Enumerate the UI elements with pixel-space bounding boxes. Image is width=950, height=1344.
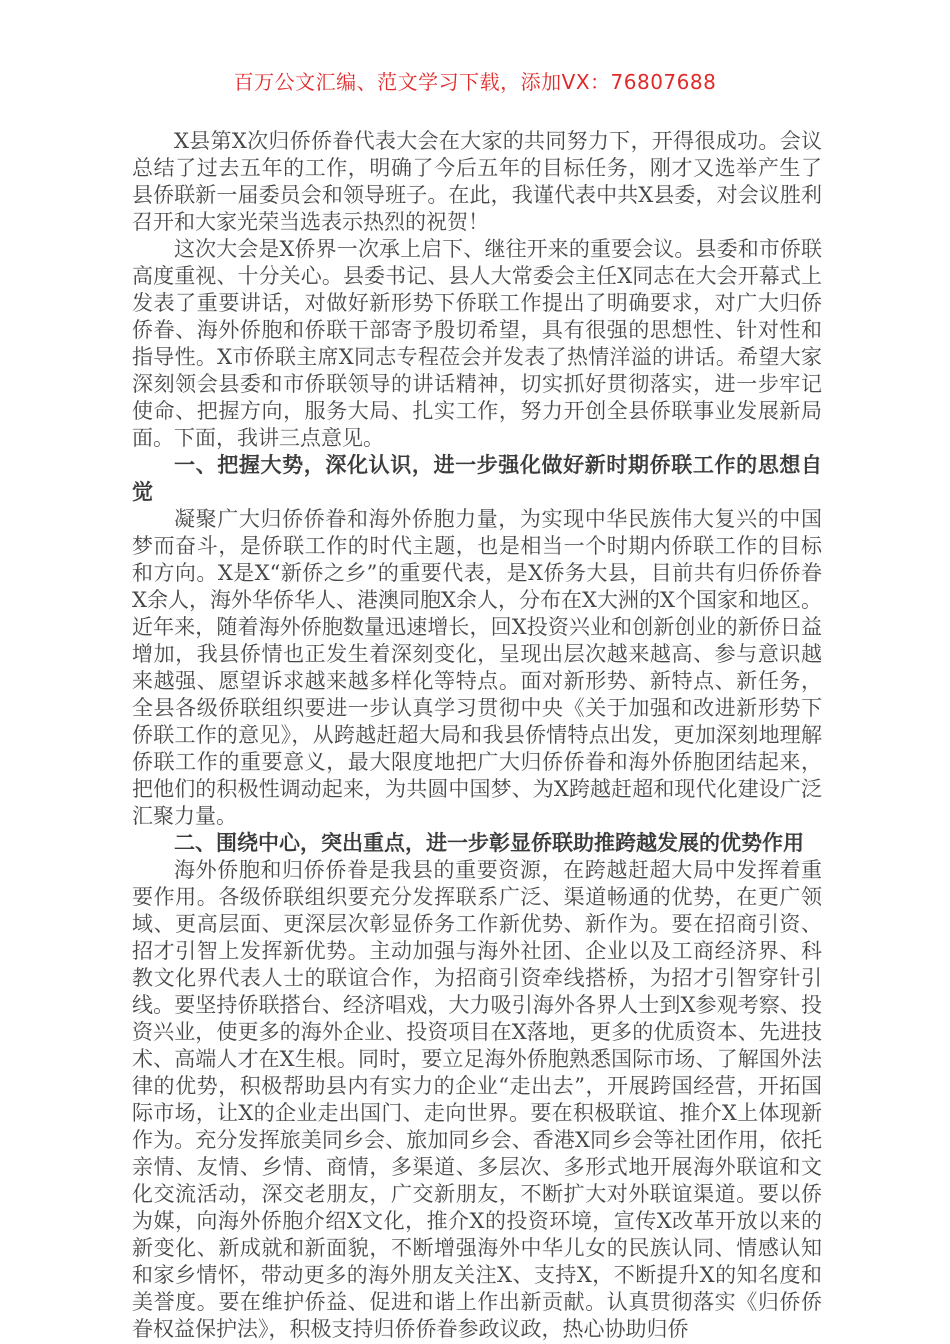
section-heading-2: 二、围绕中心，突出重点，进一步彰显侨联助推跨越发展的优势作用: [132, 830, 822, 857]
header-promo-text: 百万公文汇编、范文学习下载，添加VX：76807688: [0, 66, 950, 95]
document-body: X县第X次归侨侨眷代表大会在大家的共同努力下，开得很成功。会议总结了过去五年的工…: [132, 128, 822, 1343]
paragraph-section1-body: 凝聚广大归侨侨眷和海外侨胞力量，为实现中华民族伟大复兴的中国梦而奋斗，是侨联工作…: [132, 506, 822, 830]
document-page: 百万公文汇编、范文学习下载，添加VX：76807688 X县第X次归侨侨眷代表大…: [0, 0, 950, 1344]
paragraph-section2-body: 海外侨胞和归侨侨眷是我县的重要资源，在跨越赶超大局中发挥着重要作用。各级侨联组织…: [132, 857, 822, 1343]
paragraph-opening-congratulations: X县第X次归侨侨眷代表大会在大家的共同努力下，开得很成功。会议总结了过去五年的工…: [132, 128, 822, 236]
section-heading-1: 一、把握大势，深化认识，进一步强化做好新时期侨联工作的思想自觉: [132, 452, 822, 506]
paragraph-meeting-significance: 这次大会是X侨界一次承上启下、继往开来的重要会议。县委和市侨联高度重视、十分关心…: [132, 236, 822, 452]
